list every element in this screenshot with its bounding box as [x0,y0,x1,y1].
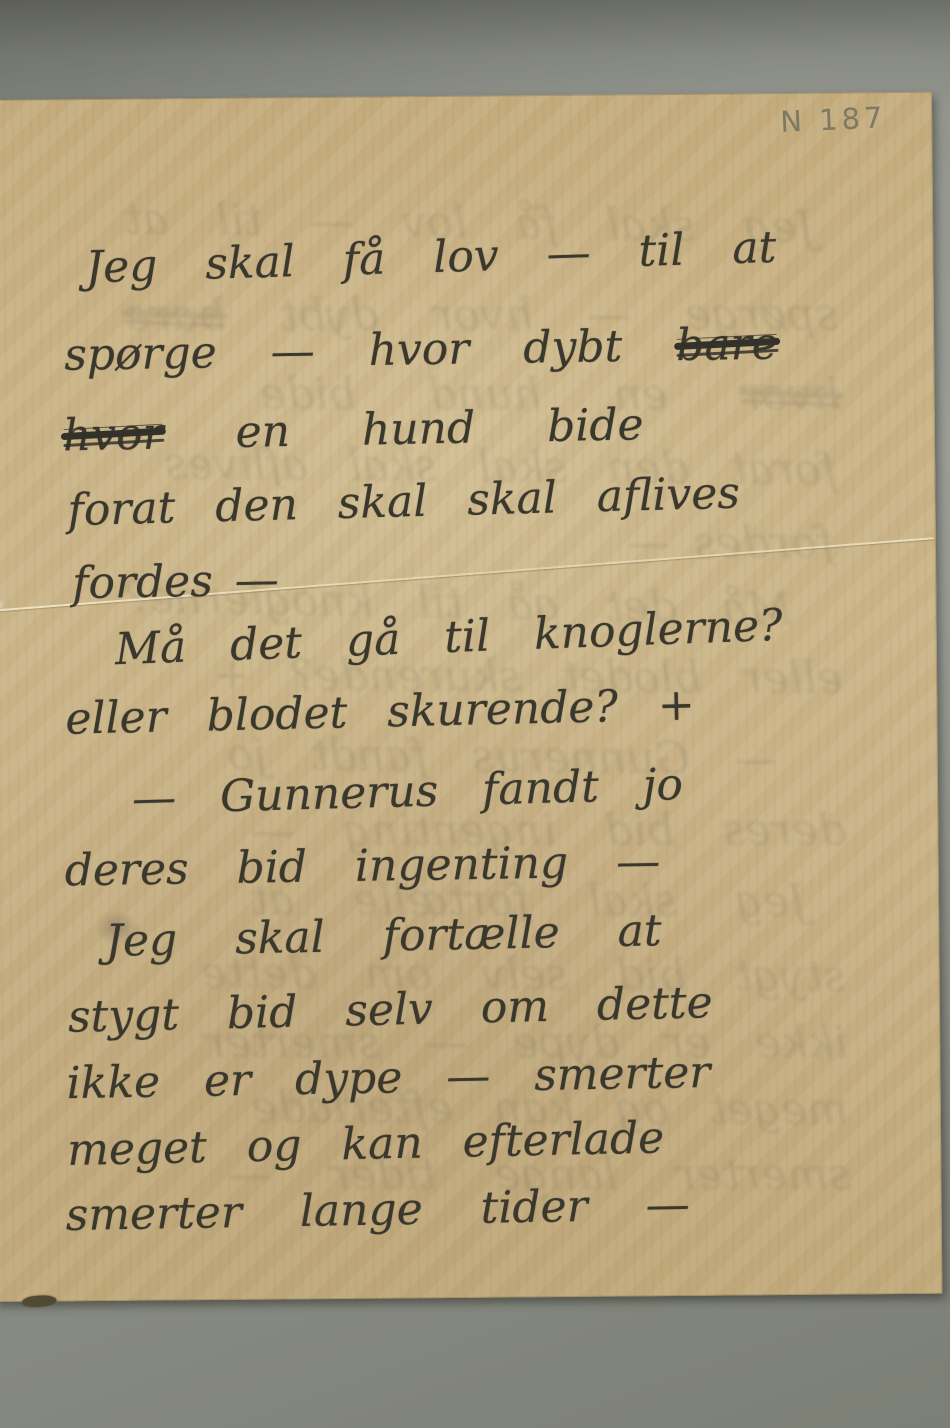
word-segment: fordes — [72,555,279,610]
letter-page: Jeg skal få lov — til atspørge — hvor dy… [0,92,942,1302]
handwritten-line: spørge — hvor dybt bare [64,323,778,378]
handwritten-line: Jeg skal fortælle at [105,909,662,964]
handwritten-line: — Gunnerus fandt jo [132,763,684,821]
handwritten-line: Må det gå til knoglerne? [114,604,783,672]
handwritten-line: hvor en hund bide [63,403,644,458]
letter-lines: Jeg skal få lov — til atspørge — hvor dy… [0,92,942,1302]
word-segment: Jeg skal fortælle at [105,905,662,967]
struck-word: bare [676,319,778,372]
word-segment: stygt bid selv om dette [67,977,713,1043]
word-segment: deres bid ingenting — [64,836,660,896]
handwritten-line: fordes — [72,559,279,607]
word-segment: Må det gå til knoglerne? [114,600,784,675]
handwritten-line: meget og kan efterlade [67,1116,665,1172]
handwritten-line: stygt bid selv om dette [68,981,714,1040]
word-segment: meget og kan efterlade [67,1112,665,1175]
handwritten-line: forat den skal skal aflives [67,472,740,534]
word-segment: — Gunnerus fandt jo [131,759,683,824]
handwritten-line: deres bid ingenting — [64,840,660,893]
word-segment: en hund bide [163,399,644,459]
struck-word: hvor [62,408,164,461]
handwritten-line: Jeg skal få lov — til at [85,226,777,290]
handwritten-line: ikke er dype — smerter [66,1051,710,1106]
handwritten-line: smerter lange tider — [65,1183,690,1238]
document-photo: Jeg skal få lov — til atspørge — hvor dy… [0,0,950,1428]
handwritten-line: eller blodet skurende? + [65,683,695,741]
word-segment: ikke er dype — smerter [66,1047,711,1109]
word-segment: spørge — hvor dybt [64,320,677,381]
word-segment: smerter lange tider — [65,1179,690,1241]
word-segment: forat den skal skal aflives [67,468,741,537]
word-segment: eller blodet skurende? + [65,679,695,744]
word-segment: Jeg skal få lov — til at [85,222,777,293]
